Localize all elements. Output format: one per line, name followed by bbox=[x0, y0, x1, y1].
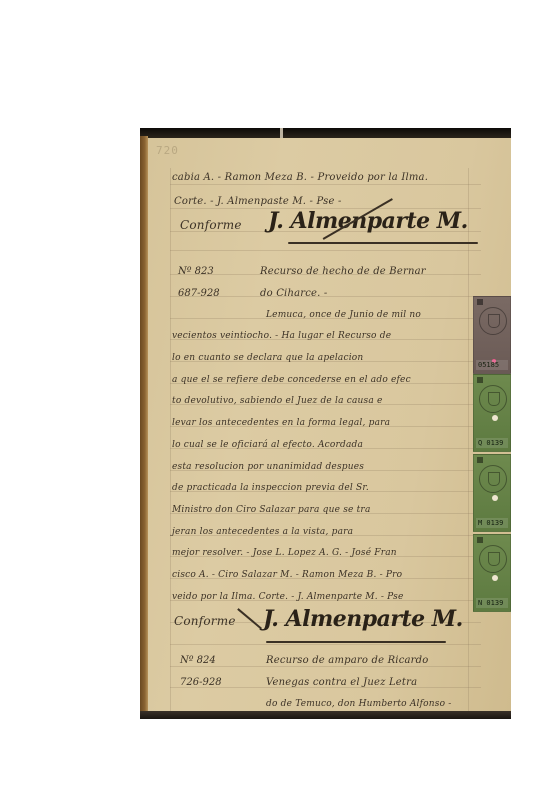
book-binding-edge bbox=[140, 136, 148, 716]
entry-title: Recurso de amparo de Ricardo bbox=[266, 655, 428, 666]
coat-of-arms-icon bbox=[479, 545, 507, 573]
stamp-serial: 05185 bbox=[476, 360, 508, 370]
revenue-stamp: N 0139 bbox=[473, 534, 511, 612]
body-line: cisco A. - Ciro Salazar M. - Ramon Meza … bbox=[172, 570, 402, 580]
body-line: lo cual se le oficiará al efecto. Acorda… bbox=[172, 440, 363, 450]
conforme-label: Conforme bbox=[174, 614, 236, 628]
body-line: mejor resolver. - Jose L. Lopez A. G. - … bbox=[172, 548, 397, 558]
document-photograph: 720 cabia A. - Ramon Meza B. - Proveido … bbox=[140, 128, 511, 719]
body-line: jeran los antecedentes a la vista, para bbox=[172, 527, 353, 537]
book-top-edge bbox=[140, 128, 511, 138]
revenue-stamp: M 0139 bbox=[473, 454, 511, 532]
book-bottom-edge bbox=[140, 711, 511, 719]
entry-reference: 687-928 bbox=[178, 288, 220, 299]
coat-of-arms-icon bbox=[479, 307, 507, 335]
body-line: to devolutivo, sabiendo el Juez de la ca… bbox=[172, 396, 383, 406]
entry-title: do Ciharce. - bbox=[260, 288, 328, 299]
body-line: a que el se refiere debe concederse en e… bbox=[172, 375, 411, 385]
ledger-page: 720 cabia A. - Ramon Meza B. - Proveido … bbox=[148, 138, 511, 711]
coat-of-arms-icon bbox=[479, 385, 507, 413]
body-line: Lemuca, once de Junio de mil no bbox=[266, 310, 421, 320]
revenue-stamp: Q 0139 bbox=[473, 374, 511, 452]
entry-reference: 726-928 bbox=[180, 677, 222, 688]
body-line: lo en cuanto se declara que la apelacion bbox=[172, 353, 363, 363]
conforme-label: Conforme bbox=[180, 218, 242, 232]
revenue-stamp: 05185 bbox=[473, 296, 511, 374]
body-line: Ministro don Ciro Salazar para que se tr… bbox=[172, 505, 371, 515]
entry-title: Venegas contra el Juez Letra bbox=[266, 677, 417, 688]
coat-of-arms-icon bbox=[479, 465, 507, 493]
stamp-serial: N 0139 bbox=[476, 598, 508, 608]
entry-number: Nº 823 bbox=[178, 266, 214, 277]
body-line: vecientos veintiocho. - Ha lugar el Recu… bbox=[172, 331, 391, 341]
stamp-serial: Q 0139 bbox=[476, 438, 508, 448]
text-line: cabia A. - Ramon Meza B. - Proveido por … bbox=[172, 172, 428, 183]
body-line: esta resolucion por unanimidad despues bbox=[172, 462, 364, 472]
body-line: veido por la Ilma. Corte. - J. Almenpart… bbox=[172, 592, 404, 602]
entry-number: Nº 824 bbox=[180, 655, 216, 666]
body-line: levar los antecedentes en la forma legal… bbox=[172, 418, 390, 428]
signature: J. Almenparte M. bbox=[263, 606, 463, 632]
text-line: Corte. - J. Almenpaste M. - Pse - bbox=[174, 196, 342, 207]
stamp-serial: M 0139 bbox=[476, 518, 508, 528]
body-line: de practicada la inspeccion previa del S… bbox=[172, 483, 369, 493]
entry-title: Recurso de hecho de de Bernar bbox=[260, 266, 426, 277]
folio-number: 720 bbox=[156, 144, 179, 157]
entry-title: do de Temuco, don Humberto Alfonso - bbox=[266, 699, 452, 709]
